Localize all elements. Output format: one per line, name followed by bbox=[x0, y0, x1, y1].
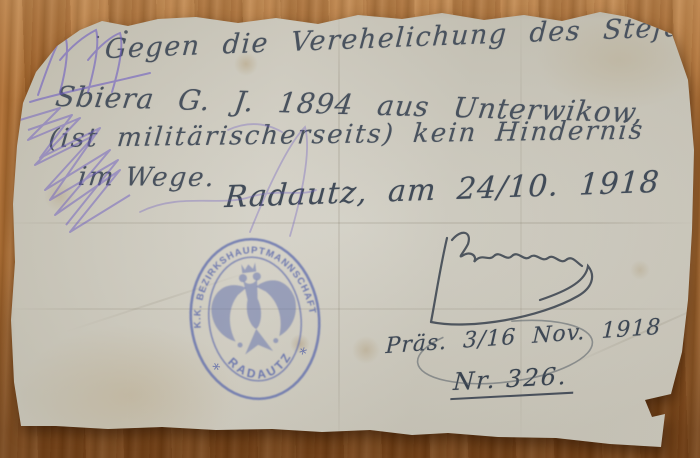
presentation-note: Präs. 3/16 Nov. 1918 bbox=[385, 315, 662, 359]
ink-overlay bbox=[0, 0, 700, 458]
date-line: Radautz, am 24/10. 1918 bbox=[224, 165, 661, 215]
stamp-star-left: * bbox=[207, 359, 224, 378]
paper-sheet: Gegen die Verehelichung des Stefan Sbier… bbox=[0, 0, 700, 458]
fold-crease bbox=[0, 222, 700, 224]
fold-crease bbox=[0, 308, 700, 310]
document-paper: Gegen die Verehelichung des Stefan Sbier… bbox=[0, 0, 700, 458]
fold-crease bbox=[338, 0, 340, 458]
handwriting-line-1: Gegen die Verehelichung des Stefan bbox=[104, 11, 700, 65]
photo-scene: Gegen die Verehelichung des Stefan Sbier… bbox=[0, 0, 700, 458]
official-stamp: K.K. BEZIRKSHAUPTMANNSCHAFT RADAUTZ * * bbox=[174, 224, 336, 414]
stamp-town-text: RADAUTZ bbox=[224, 347, 297, 385]
eagle-emblem bbox=[206, 258, 301, 358]
document-number: Nr. 326. bbox=[450, 362, 574, 401]
signature-scrawl bbox=[431, 233, 592, 325]
svg-text:RADAUTZ: RADAUTZ bbox=[224, 347, 297, 385]
handwriting-line-4: im Wege. bbox=[77, 162, 218, 193]
handwriting-line-3: (ist militärischerseits) kein Hindernis bbox=[47, 116, 645, 154]
